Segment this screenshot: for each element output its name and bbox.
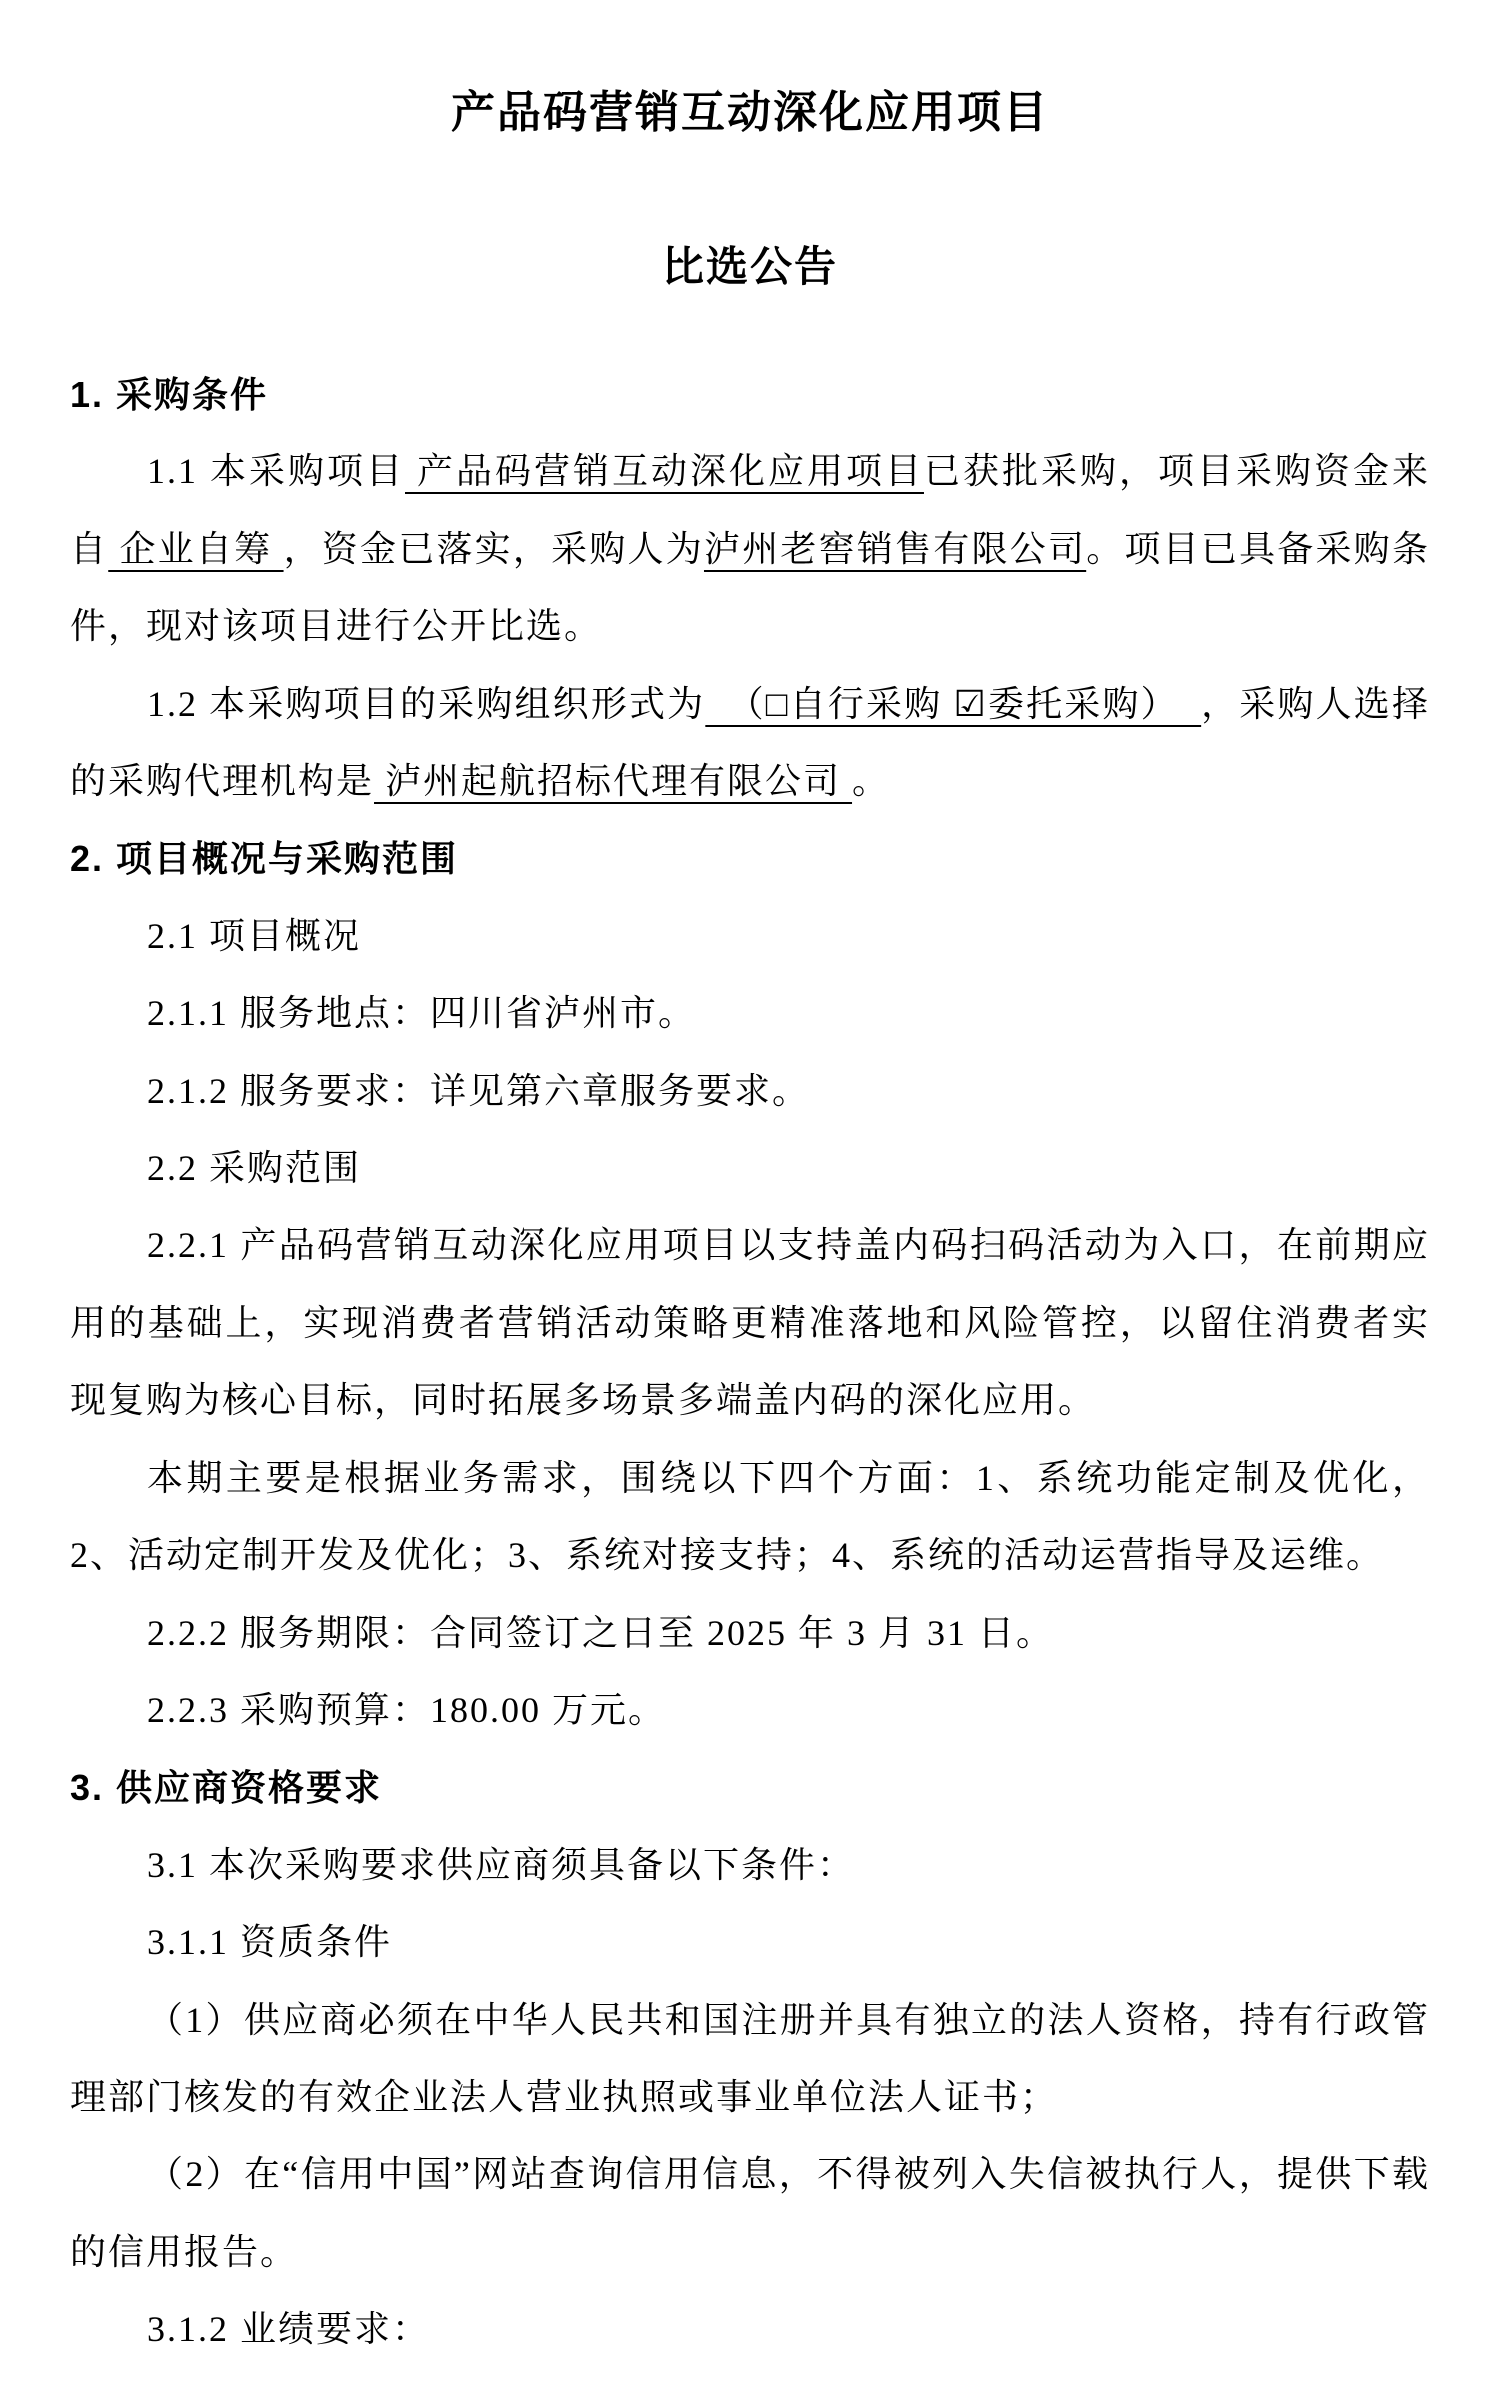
section-1-heading: 1. 采购条件 [70,356,1430,433]
para-3-1-1: 3.1.1 资质条件 [70,1904,1430,1981]
text-run: ，资金已落实，采购人为 [284,529,704,569]
doc-title: 产品码营销互动深化应用项目 [70,88,1430,138]
doc-subtitle: 比选公告 [70,242,1430,292]
para-2-2-3: 2.2.3 采购预算：180.00 万元。 [70,1672,1430,1749]
para-2-2-1: 2.2.1 产品码营销互动深化应用项目以支持盖内码扫码活动为入口，在前期应用的基… [70,1207,1430,1439]
para-2-1: 2.1 项目概况 [70,898,1430,975]
para-1-2: 1.2 本采购项目的采购组织形式为 （□自行采购 ☑委托采购） ，采购人选择的采… [70,666,1430,821]
para-2-2: 2.2 采购范围 [70,1130,1430,1207]
document-page: 产品码营销互动深化应用项目 比选公告 1. 采购条件 1.1 本采购项目 产品码… [0,0,1500,2400]
para-3-1-2: 3.1.2 业绩要求： [70,2291,1430,2368]
text-run: 1.1 本采购项目 [147,451,405,491]
underlined-text: 产品码营销互动深化应用项目 [405,451,924,491]
para-2-1-1: 2.1.1 服务地点：四川省泸州市。 [70,975,1430,1052]
para-2-2-1-continued: 本期主要是根据业务需求，围绕以下四个方面：1、系统功能定制及优化，2、活动定制开… [70,1440,1430,1595]
underlined-text: 泸州老窖销售有限公司 [704,529,1086,569]
section-3-heading: 3. 供应商资格要求 [70,1749,1430,1826]
section-2-heading: 2. 项目概况与采购范围 [70,820,1430,897]
underlined-text: 泸州起航招标代理有限公司 [374,761,852,801]
text-run: 。 [852,761,890,801]
para-3-1-1-item-2: （2）在“信用中国”网站查询信用信息，不得被列入失信被执行人，提供下载的信用报告… [70,2136,1430,2291]
para-2-1-2: 2.1.2 服务要求：详见第六章服务要求。 [70,1053,1430,1130]
doc-body: 1. 采购条件 1.1 本采购项目 产品码营销互动深化应用项目已获批采购，项目采… [70,356,1430,2369]
para-2-2-2: 2.2.2 服务期限：合同签订之日至 2025 年 3 月 31 日。 [70,1595,1430,1672]
underlined-text: 企业自筹 [108,529,283,569]
para-1-1: 1.1 本采购项目 产品码营销互动深化应用项目已获批采购，项目采购资金来自 企业… [70,433,1430,665]
text-run: 1.2 本采购项目的采购组织形式为 [147,684,705,724]
underlined-text: （□自行采购 ☑委托采购） [705,684,1201,724]
para-3-1-1-item-1: （1）供应商必须在中华人民共和国注册并具有独立的法人资格，持有行政管理部门核发的… [70,1982,1430,2137]
para-3-1: 3.1 本次采购要求供应商须具备以下条件： [70,1827,1430,1904]
